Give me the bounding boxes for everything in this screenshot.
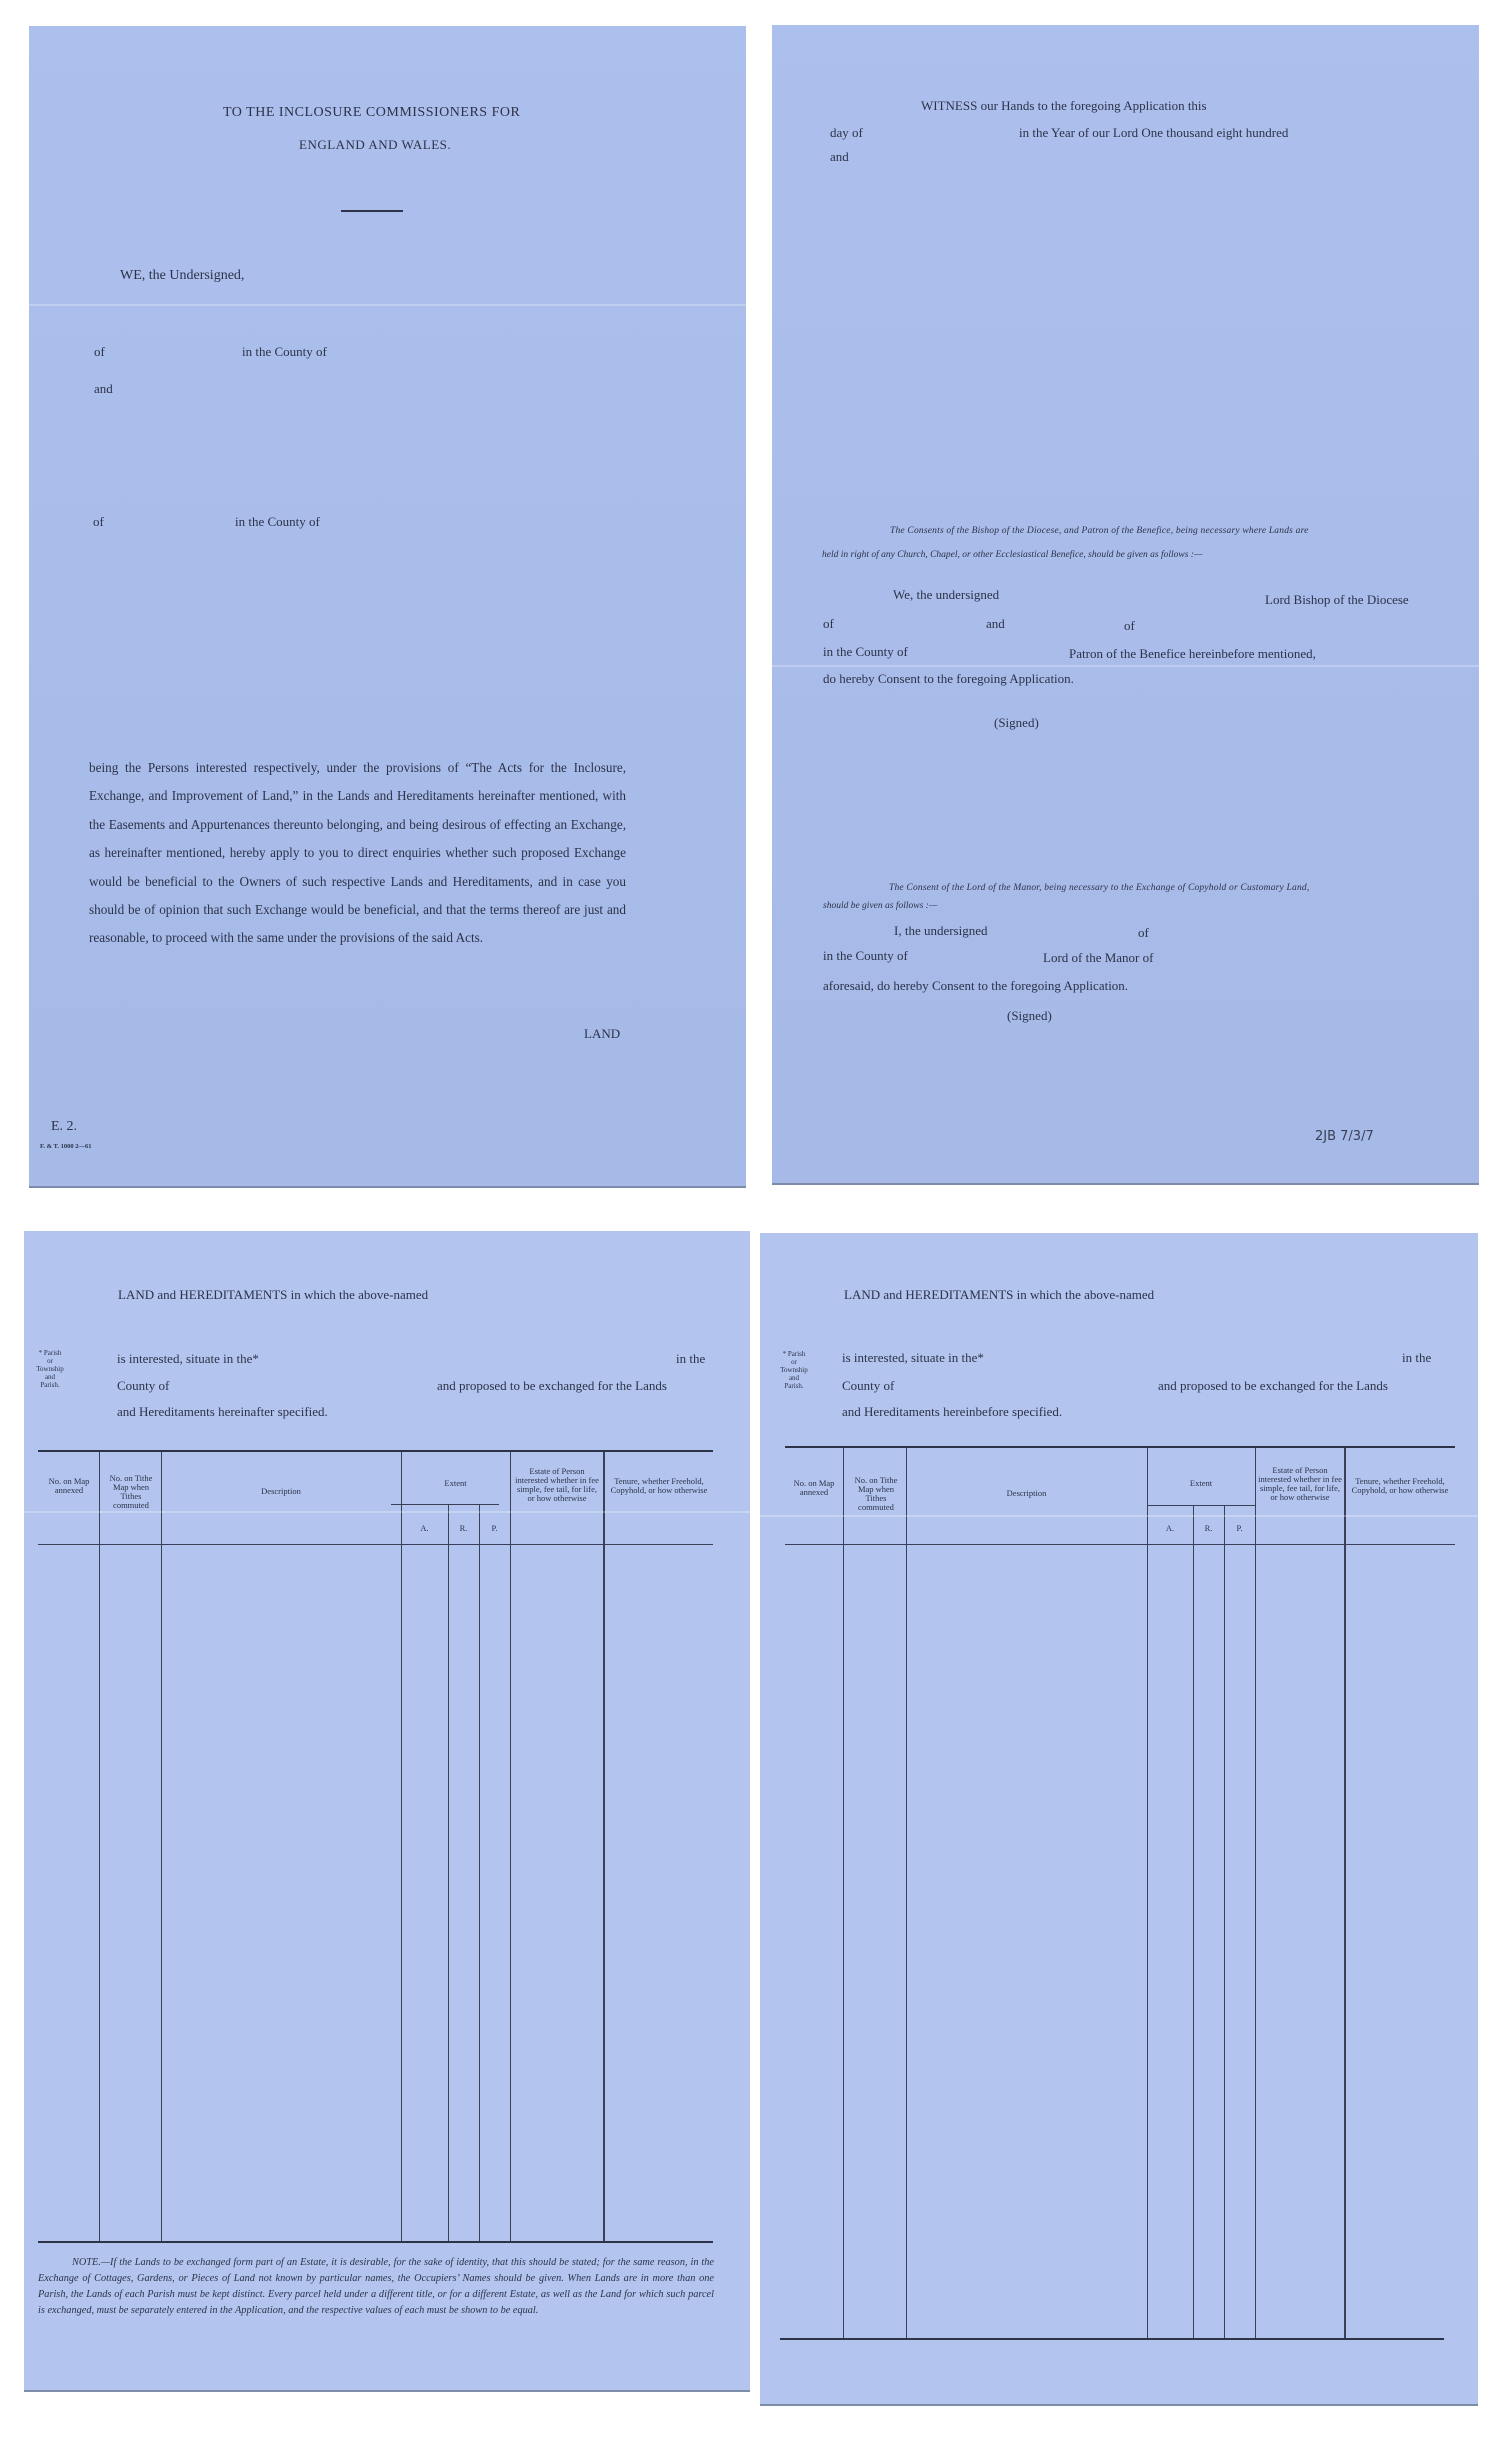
and-label-b: and [986, 616, 1005, 632]
col-extent-r: R. [448, 1524, 479, 1533]
page-4-land-schedule: LAND and HEREDITAMENTS in which the abov… [760, 1233, 1478, 2404]
signed-label-1: (Signed) [994, 715, 1039, 731]
land-schedule-table: No. on Map annexed No. on Tithe Map when… [24, 1231, 750, 2390]
extent-subheader-rule [391, 1504, 499, 1505]
lord-bishop-label: Lord Bishop of the Diocese [1265, 592, 1409, 608]
we-undersigned-label: We, the undersigned [893, 587, 999, 603]
and-label: and [830, 149, 849, 165]
table-bottom-rule [38, 2241, 713, 2243]
handwritten-annotation: 2JB 7/3/7 [1315, 1129, 1374, 1144]
page-1-application: TO THE INCLOSURE COMMISSIONERS FOR ENGLA… [29, 26, 746, 1186]
lord-manor-label: Lord of the Manor of [1043, 950, 1153, 966]
witness-line: WITNESS our Hands to the foregoing Appli… [921, 98, 1207, 114]
land-schedule-table: No. on Map annexed No. on Tithe Map when… [760, 1233, 1478, 2404]
heading-line-1: TO THE INCLOSURE COMMISSIONERS FOR [223, 105, 520, 121]
of-label-1: of [94, 344, 105, 360]
county-label-1: in the County of [242, 344, 327, 360]
bishop-consent-note-1: The Consents of the Bishop of the Dioces… [890, 526, 1309, 536]
county-of-label-2: in the County of [823, 948, 908, 964]
bishop-consent-note-2: held in right of any Church, Chapel, or … [822, 550, 1202, 560]
col-tithe-map: No. on Tithe Map when Tithes commuted [849, 1476, 903, 1512]
col-tithe-map: No. on Tithe Map when Tithes commuted [104, 1474, 158, 1510]
heading-line-2: ENGLAND AND WALES. [299, 137, 451, 153]
fold-line [760, 1515, 1478, 1517]
page-2-witness-consents: WITNESS our Hands to the foregoing Appli… [772, 25, 1479, 1183]
patron-label: Patron of the Benefice hereinbefore ment… [1069, 646, 1316, 662]
signed-label-2: (Signed) [1007, 1008, 1052, 1024]
form-number: E. 2. [51, 1119, 77, 1135]
col-extent-r: R. [1193, 1524, 1224, 1533]
application-paragraph: being the Persons interested respectivel… [89, 754, 626, 953]
header-rule [785, 1544, 1455, 1545]
col-estate: Estate of Person interested whether in f… [514, 1467, 600, 1503]
day-of-label: day of [830, 125, 863, 141]
col-extent-a: A. [401, 1524, 448, 1533]
bishop-consent-statement: do hereby Consent to the foregoing Appli… [823, 671, 1074, 687]
fold-line [772, 665, 1479, 667]
fold-line [29, 304, 746, 306]
of-label-c: of [1124, 618, 1135, 634]
printer-mark: F. & T. 1000 2—61 [40, 1143, 92, 1150]
table-top-rule [785, 1446, 1455, 1448]
col-description: Description [161, 1487, 401, 1496]
of-label-a: of [823, 616, 834, 632]
of-label-d: of [1138, 925, 1149, 941]
page-3-land-schedule: LAND and HEREDITAMENTS in which the abov… [24, 1231, 750, 2390]
col-tenure: Tenure, whether Freehold, Copyhold, or h… [1348, 1477, 1452, 1495]
heading-divider [341, 210, 403, 212]
col-description: Description [906, 1489, 1147, 1498]
col-estate: Estate of Person interested whether in f… [1258, 1466, 1342, 1502]
manor-consent-note-2: should be given as follows :— [823, 901, 937, 911]
of-label-2: of [93, 514, 104, 530]
catchword: LAND [584, 1026, 620, 1042]
table-top-rule [38, 1450, 713, 1452]
header-rule [38, 1544, 713, 1545]
manor-consent-note-1: The Consent of the Lord of the Manor, be… [889, 883, 1309, 893]
county-label-2: in the County of [235, 514, 320, 530]
we-undersigned-label: WE, the Undersigned, [120, 268, 244, 284]
col-tenure: Tenure, whether Freehold, Copyhold, or h… [607, 1477, 711, 1495]
manor-consent-statement: aforesaid, do hereby Consent to the fore… [823, 978, 1128, 994]
col-extent-p: P. [1224, 1524, 1255, 1533]
col-extent-p: P. [479, 1524, 510, 1533]
and-label: and [94, 381, 113, 397]
col-no-on-map: No. on Map annexed [44, 1477, 94, 1495]
extent-subheader-rule [1147, 1505, 1255, 1506]
fold-line [24, 1511, 750, 1513]
col-extent: Extent [1147, 1479, 1255, 1488]
schedule-note: NOTE.—If the Lands to be exchanged form … [38, 2255, 714, 2319]
col-extent: Extent [401, 1479, 510, 1488]
table-bottom-rule [780, 2338, 1444, 2340]
col-extent-a: A. [1147, 1524, 1193, 1533]
i-undersigned-label: I, the undersigned [894, 923, 988, 939]
col-no-on-map: No. on Map annexed [788, 1479, 840, 1497]
year-line: in the Year of our Lord One thousand eig… [1019, 125, 1288, 141]
county-of-label: in the County of [823, 644, 908, 660]
